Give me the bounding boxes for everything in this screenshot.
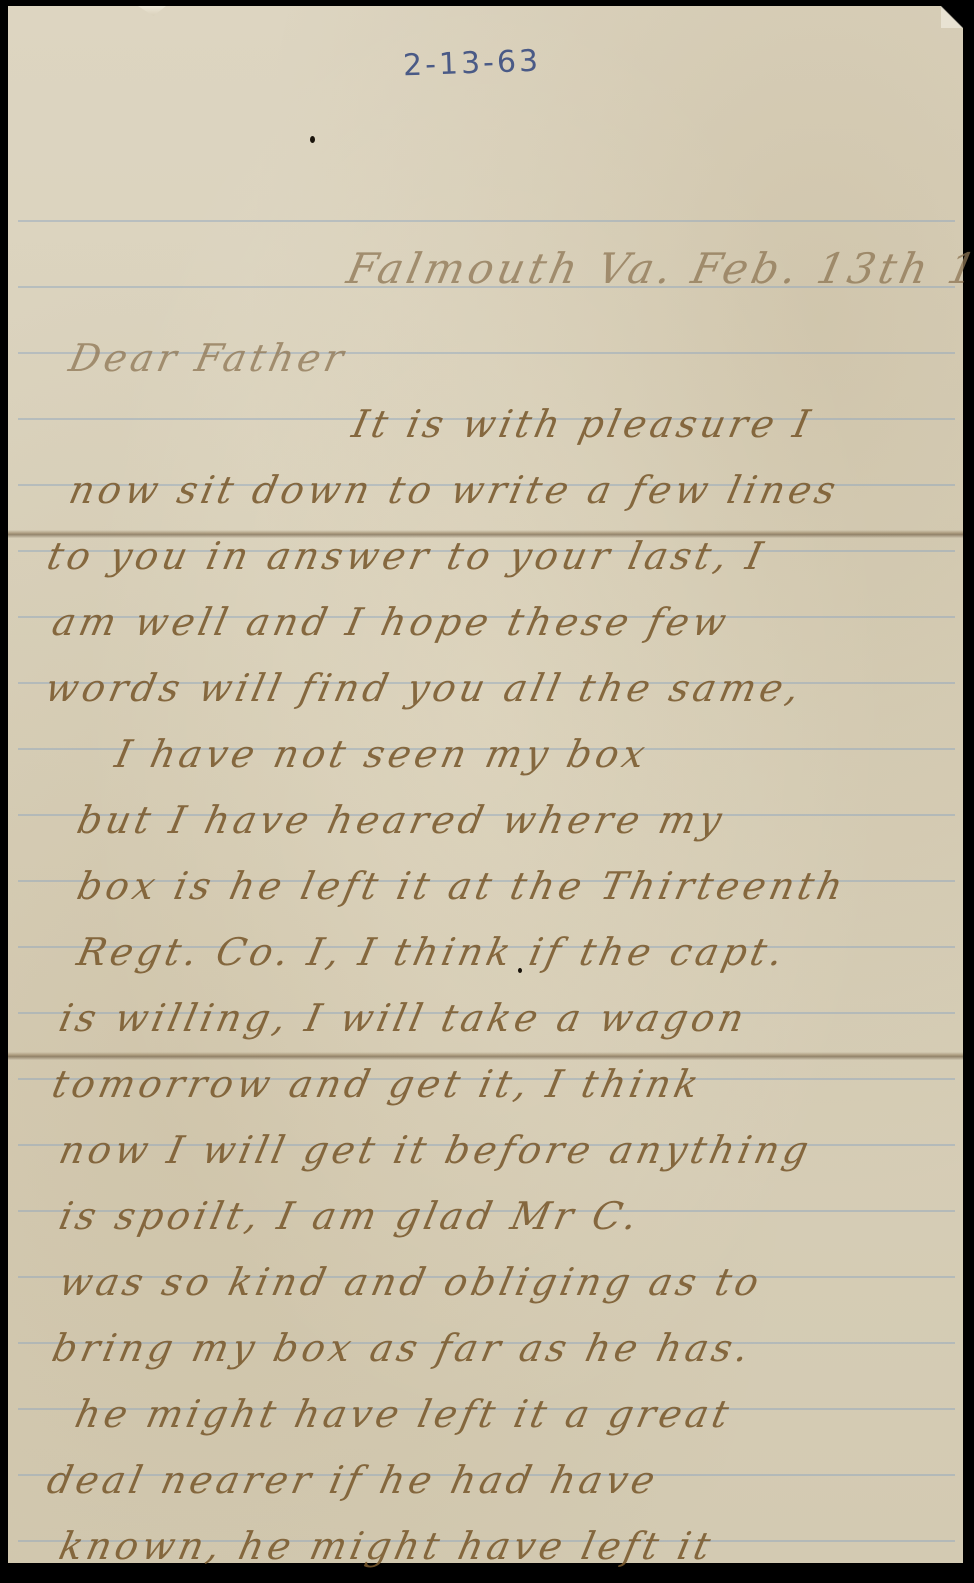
- letter-line: is spoilt, I am glad Mr C.: [55, 1194, 645, 1238]
- letter-line: now sit down to write a few lines: [65, 468, 843, 512]
- letter-line: tomorrow and get it, I think: [48, 1062, 706, 1106]
- salutation: Dear Father: [65, 336, 351, 380]
- letter-line: now I will get it before anything: [55, 1128, 816, 1172]
- letter-line: I have not seen my box: [111, 732, 653, 776]
- letter-line: Regt. Co. I, I think if the capt.: [73, 930, 791, 974]
- torn-edge: [138, 6, 166, 16]
- place-date-heading: Falmouth Va. Feb. 13th 1863: [343, 244, 974, 293]
- letter-page: 2-13-63 Falmouth Va. Feb. 13th 1863 Dear…: [8, 6, 963, 1563]
- archive-date-notation: 2-13-63: [402, 44, 541, 84]
- ink-speck: [310, 136, 315, 143]
- letter-line: box is he left it at the Thirteenth: [73, 864, 850, 908]
- letter-line: am well and I hope these few: [48, 600, 734, 644]
- letter-line: was so kind and obliging as to: [55, 1260, 766, 1304]
- letter-line: to you in answer to your last, I: [43, 534, 770, 578]
- letter-line: bring my box as far as he has.: [48, 1326, 756, 1370]
- letter-line: is willing, I will take a wagon: [55, 996, 751, 1040]
- folded-corner: [941, 6, 963, 28]
- letter-line: but I have heared where my: [73, 798, 729, 842]
- letter-line: he might have left it a great: [71, 1392, 736, 1436]
- letter-line: known, he might have left it: [55, 1524, 718, 1568]
- ruled-line: [18, 220, 955, 222]
- fold-crease: [8, 1052, 963, 1060]
- letter-line: deal nearer if he had have: [43, 1458, 663, 1502]
- letter-line: words will find you all the same,: [41, 666, 807, 710]
- letter-line: It is with pleasure I: [348, 402, 817, 446]
